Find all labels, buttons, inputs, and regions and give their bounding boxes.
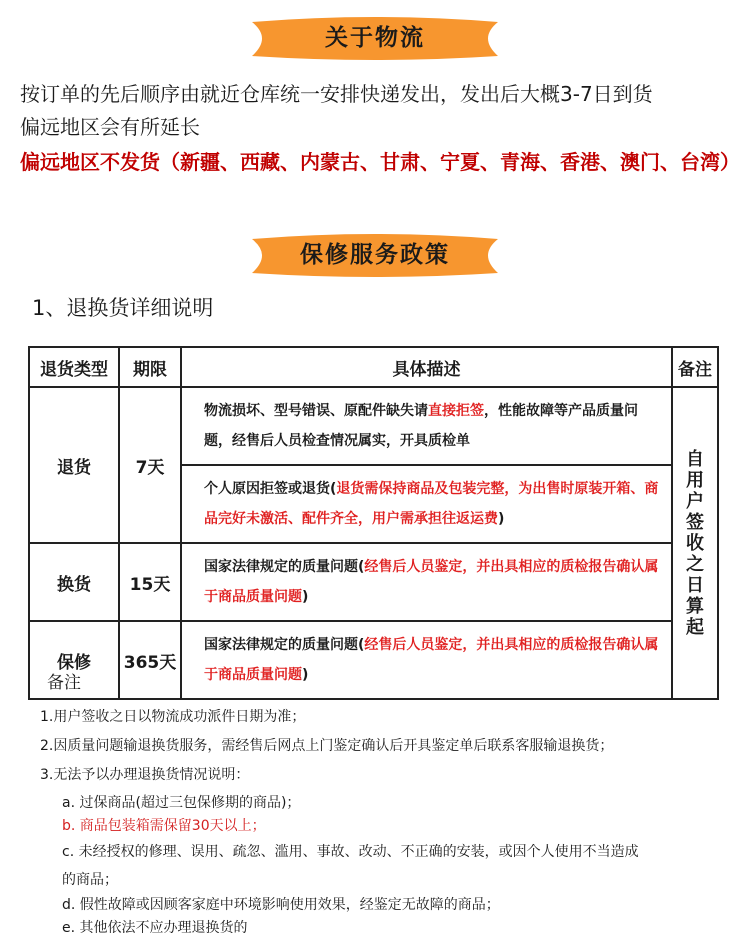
- logistics-banner: 关于物流: [250, 14, 500, 62]
- return-policy-table: 退货类型 期限 具体描述 备注 退货 7天 物流损坏、型号错误、原配件缺失请直接…: [28, 346, 719, 700]
- table-row: 换货 15天 国家法律规定的质量问题(经售后人员鉴定，并出具相应的质检报告确认属…: [29, 543, 718, 621]
- description-cell: 国家法律规定的质量问题(经售后人员鉴定，并出具相应的质检报告确认属于商品质量问题…: [181, 543, 672, 621]
- note-subitem: c. 未经授权的修理、误用、疏忽、滥用、事故、改动、不正确的安装，或因个人使用不…: [62, 838, 740, 866]
- exchange-period: 15天: [119, 543, 181, 621]
- section-title: 1、退换货详细说明: [32, 292, 213, 322]
- note-subitem-highlight: b. 商品包装箱需保留30天以上；: [62, 815, 740, 838]
- desc-text: 国家法律规定的质量问题(: [204, 559, 364, 575]
- logistics-info: 按订单的先后顺序由就近仓库统一安排快递发出，发出后大概3-7日到货 偏远地区会有…: [20, 78, 740, 179]
- header-description: 具体描述: [181, 347, 672, 387]
- banner-title: 关于物流: [250, 14, 500, 62]
- warranty-banner: 保修服务政策: [250, 231, 500, 279]
- notes-section: 备注 1.用户签收之日以物流成功派件日期为准； 2.因质量问题输退换货服务，需经…: [40, 668, 740, 933]
- description-cell: 物流损坏、型号错误、原配件缺失请直接拒签，性能故障等产品质量问题，经售后人员检查…: [181, 387, 672, 465]
- note-subitem-continuation: 的商品；: [62, 866, 740, 894]
- table-header-row: 退货类型 期限 具体描述 备注: [29, 347, 718, 387]
- shipping-text: 按订单的先后顺序由就近仓库统一安排快递发出，发出后大概3-7日到货: [20, 78, 740, 111]
- desc-highlight: 直接拒签: [428, 403, 484, 419]
- desc-text: 国家法律规定的质量问题(: [204, 637, 364, 653]
- exchange-type: 换货: [29, 543, 119, 621]
- note-item: 2.因质量问题输退换货服务，需经售后网点上门鉴定确认后开具鉴定单后联系客服输退换…: [40, 732, 740, 761]
- desc-text: 物流损坏、型号错误、原配件缺失请: [204, 403, 428, 419]
- note-subitem: e. 其他依法不应办理退换货的: [62, 917, 740, 933]
- header-type: 退货类型: [29, 347, 119, 387]
- header-note: 备注: [672, 347, 718, 387]
- return-type: 退货: [29, 387, 119, 543]
- banner-title: 保修服务政策: [250, 231, 500, 279]
- table-row: 退货 7天 物流损坏、型号错误、原配件缺失请直接拒签，性能故障等产品质量问题，经…: [29, 387, 718, 465]
- remote-delay-text: 偏远地区会有所延长: [20, 111, 740, 144]
- return-period: 7天: [119, 387, 181, 543]
- note-item: 3.无法予以办理退换货情况说明：: [40, 761, 740, 790]
- note-subitem: d. 假性故障或因顾客家庭中环境影响使用效果，经鉴定无故障的商品；: [62, 894, 740, 917]
- header-period: 期限: [119, 347, 181, 387]
- note-cell: 自用户签收之日算起: [672, 387, 718, 699]
- desc-text: 个人原因拒签或退货(: [204, 481, 336, 497]
- note-item: 1.用户签收之日以物流成功派件日期为准；: [40, 703, 740, 732]
- note-subitem: a. 过保商品(超过三包保修期的商品)；: [62, 792, 740, 815]
- no-ship-notice: 偏远地区不发货（新疆、西藏、内蒙古、甘肃、宁夏、青海、香港、澳门、台湾）: [20, 146, 740, 179]
- desc-text: ): [302, 589, 308, 605]
- description-cell: 个人原因拒签或退货(退货需保持商品及包装完整，为出售时原装开箱、商品完好未激活、…: [181, 465, 672, 543]
- desc-text: ): [498, 511, 504, 527]
- note-vertical-text: 自用户签收之日算起: [685, 449, 705, 638]
- notes-title: 备注: [47, 668, 740, 693]
